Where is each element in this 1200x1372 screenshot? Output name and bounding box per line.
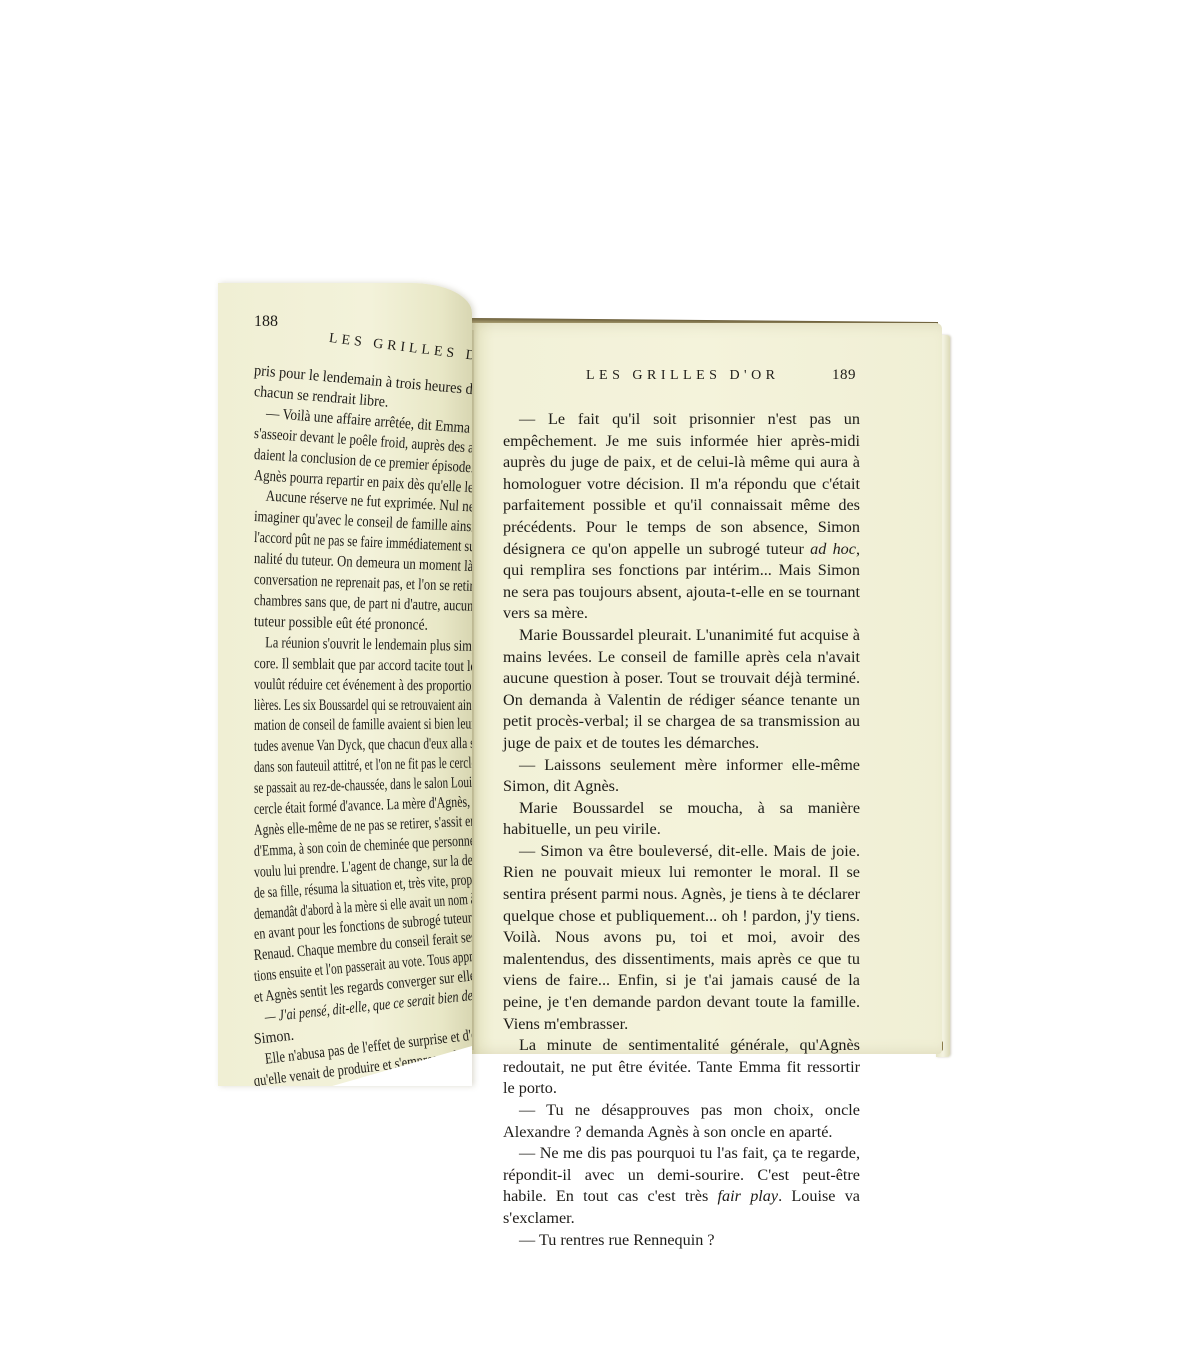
paragraph: La minute de sentimentalité générale, qu… (503, 1035, 860, 1100)
italic-phrase: ad hoc (810, 540, 856, 558)
paragraph: Marie Boussardel se moucha, à sa manière… (503, 798, 860, 841)
paragraph: — Le fait qu'il soit prisonnier n'est pa… (503, 409, 860, 625)
running-head-title: LES GRILLES D'OR (586, 368, 780, 384)
paragraph: — Simon va être bouleversé, dit-elle. Ma… (503, 841, 860, 1035)
paragraph: — Laissons seulement mère informer elle-… (503, 755, 860, 798)
left-page-body: pris pour le lendemain à trois heures de… (254, 361, 472, 1086)
page-number: 188 (254, 313, 278, 331)
paragraph: — Tu rentres rue Rennequin ? (503, 1230, 860, 1252)
text-line: lières. Les six Boussardel qui se retrou… (254, 696, 472, 717)
italic-phrase: fair play (718, 1187, 779, 1205)
paragraph: — Tu ne désapprouves pas mon choix, oncl… (503, 1100, 860, 1143)
paragraph: Marie Boussardel pleurait. L'unanimité f… (503, 625, 860, 755)
open-book-photo: LES GRILLES D'OR 189 — Le fait qu'il soi… (0, 0, 1200, 1372)
paragraph: — Ne me dis pas pourquoi tu l'as fait, ç… (503, 1143, 860, 1229)
right-page: LES GRILLES D'OR 189 — Le fait qu'il soi… (466, 323, 942, 1054)
page-number: 189 (832, 367, 856, 384)
right-page-body: — Le fait qu'il soit prisonnier n'est pa… (503, 409, 860, 1251)
left-page: 188 LES GRILLES D'OR pris pour le lendem… (218, 283, 472, 1086)
paragraph-text: — Le fait qu'il soit prisonnier n'est pa… (503, 410, 860, 558)
text-line: voulût réduire cet événement à des propo… (254, 675, 472, 698)
